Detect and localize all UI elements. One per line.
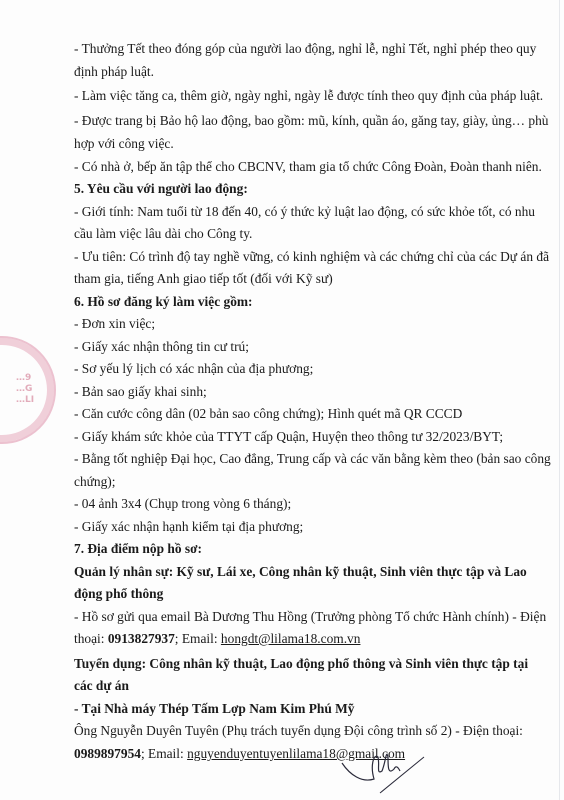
hr-email-link[interactable]: hongdt@lilama18.com.vn (221, 631, 361, 646)
hr-phone: 0913827937 (108, 631, 175, 646)
signature-icon (340, 735, 430, 795)
doc-residence: - Giấy xác nhận thông tin cư trú; (74, 339, 544, 355)
site-nam-kim: - Tại Nhà máy Thép Tấm Lợp Nam Kim Phú M… (74, 701, 544, 717)
benefit-tet-bonus-cont: định pháp luật. (74, 64, 544, 80)
req-priority: - Ưu tiên: Có trình độ tay nghề vững, có… (74, 249, 544, 265)
doc-photos: - 04 ảnh 3x4 (Chụp trong vòng 6 tháng); (74, 496, 544, 512)
hr-positions-heading-cont: động phổ thông (74, 586, 544, 602)
section-5-heading: 5. Yêu cầu với người lao động: (74, 181, 544, 197)
doc-health-cert: - Giấy khám sức khỏe của TTYT cấp Quận, … (74, 429, 544, 445)
req-gender-age: - Giới tính: Nam tuổi từ 18 đến 40, có ý… (74, 204, 544, 220)
site-contact-details: 0989897954; Email: nguyenduyentuyenlilam… (74, 746, 544, 762)
phone-label: thoại: (74, 631, 108, 646)
recruitment-heading-cont: các dự án (74, 678, 544, 694)
stamp-text: …9 …G …LI (16, 373, 46, 406)
benefit-protective-gear: - Được trang bị Bảo hộ lao động, bao gồm… (74, 113, 544, 129)
recruitment-heading: Tuyển dụng: Công nhân kỹ thuật, Lao động… (74, 656, 544, 672)
doc-birth-cert: - Bản sao giấy khai sinh; (74, 384, 544, 400)
page-edge (559, 0, 560, 800)
email-label: ; Email: (175, 631, 221, 646)
benefit-overtime: - Làm việc tăng ca, thêm giờ, ngày nghỉ,… (74, 88, 544, 104)
site-phone: 0989897954 (74, 746, 141, 761)
hr-contact: - Hồ sơ gửi qua email Bà Dương Thu Hồng … (74, 609, 544, 625)
document-page: - Thưởng Tết theo đóng góp của người lao… (0, 0, 564, 800)
doc-cv: - Sơ yếu lý lịch có xác nhận của địa phư… (74, 361, 544, 377)
site-contact: Ông Nguyễn Duyên Tuyên (Phụ trách tuyển … (74, 723, 544, 739)
doc-diploma: - Bằng tốt nghiệp Đại học, Cao đẳng, Tru… (74, 451, 544, 467)
doc-application: - Đơn xin việc; (74, 316, 544, 332)
req-gender-age-cont: cầu làm việc lâu dài cho Công ty. (74, 226, 544, 242)
doc-diploma-cont: chứng); (74, 474, 544, 490)
doc-id-card: - Căn cước công dân (02 bản sao công chứ… (74, 406, 544, 422)
benefit-tet-bonus: - Thưởng Tết theo đóng góp của người lao… (74, 41, 544, 57)
benefit-housing: - Có nhà ở, bếp ăn tập thể cho CBCNV, th… (74, 159, 544, 175)
hr-positions-heading: Quản lý nhân sự: Kỹ sư, Lái xe, Công nhâ… (74, 564, 544, 580)
email-label: ; Email: (141, 746, 187, 761)
benefit-protective-gear-cont: hợp với công việc. (74, 136, 544, 152)
doc-conduct: - Giấy xác nhận hạnh kiểm tại địa phương… (74, 519, 544, 535)
section-6-heading: 6. Hồ sơ đăng ký làm việc gồm: (74, 294, 544, 310)
hr-contact-details: thoại: 0913827937; Email: hongdt@lilama1… (74, 631, 544, 647)
req-priority-cont: tham gia, tiếng Anh giao tiếp tốt (đối v… (74, 271, 544, 287)
section-7-heading: 7. Địa điểm nộp hồ sơ: (74, 541, 544, 557)
